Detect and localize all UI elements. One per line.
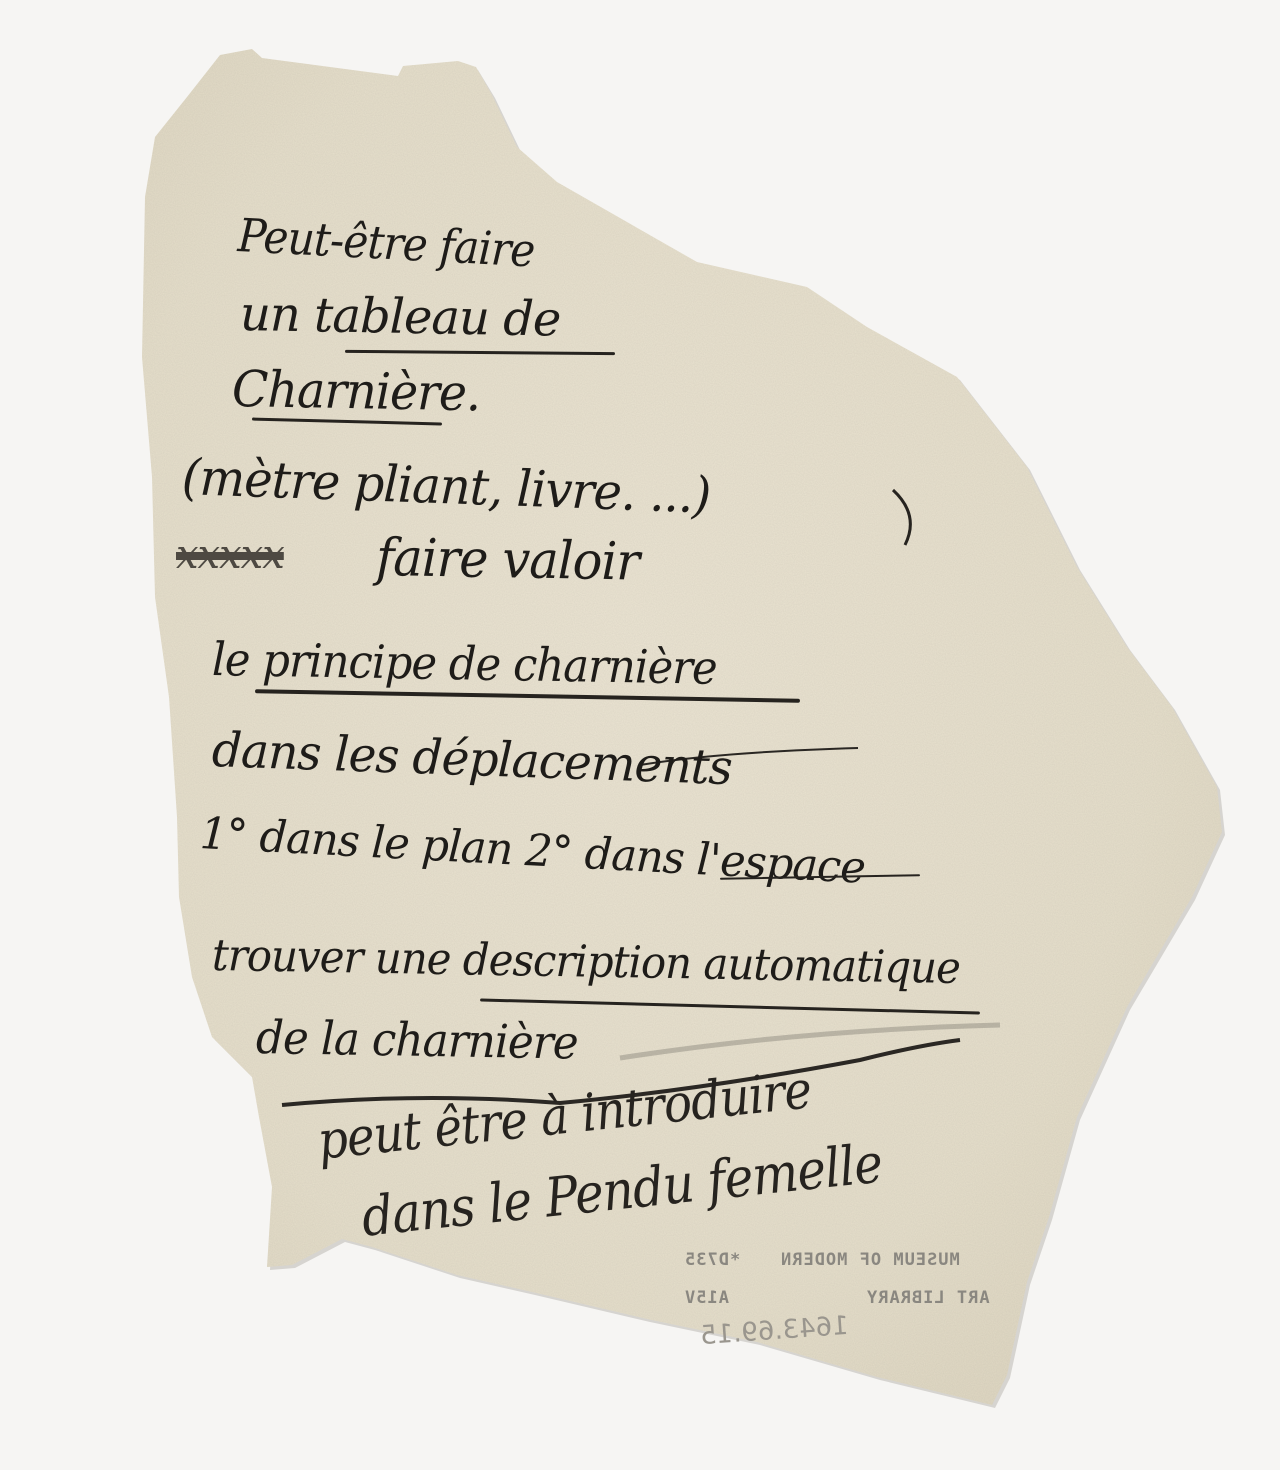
note-line-3: Charnière.	[231, 360, 480, 422]
note-line-10: de la charnière	[256, 1010, 579, 1070]
museum-stamp-line2-right: A15V	[684, 1288, 729, 1308]
museum-stamp-line1-right: *D735	[684, 1250, 740, 1270]
note-line-2: un tableau de	[240, 286, 561, 348]
note-line-5-struck: xxxxx	[176, 532, 284, 578]
paper-fragment	[0, 0, 1280, 1470]
museum-stamp-line2-left: ART LIBRARY	[866, 1288, 990, 1308]
note-line-5: faire valoir	[375, 528, 639, 593]
note-line-6: le principe de charnière	[212, 632, 718, 695]
museum-stamp-line1-left: MUSEUM OF MODERN	[780, 1250, 960, 1270]
